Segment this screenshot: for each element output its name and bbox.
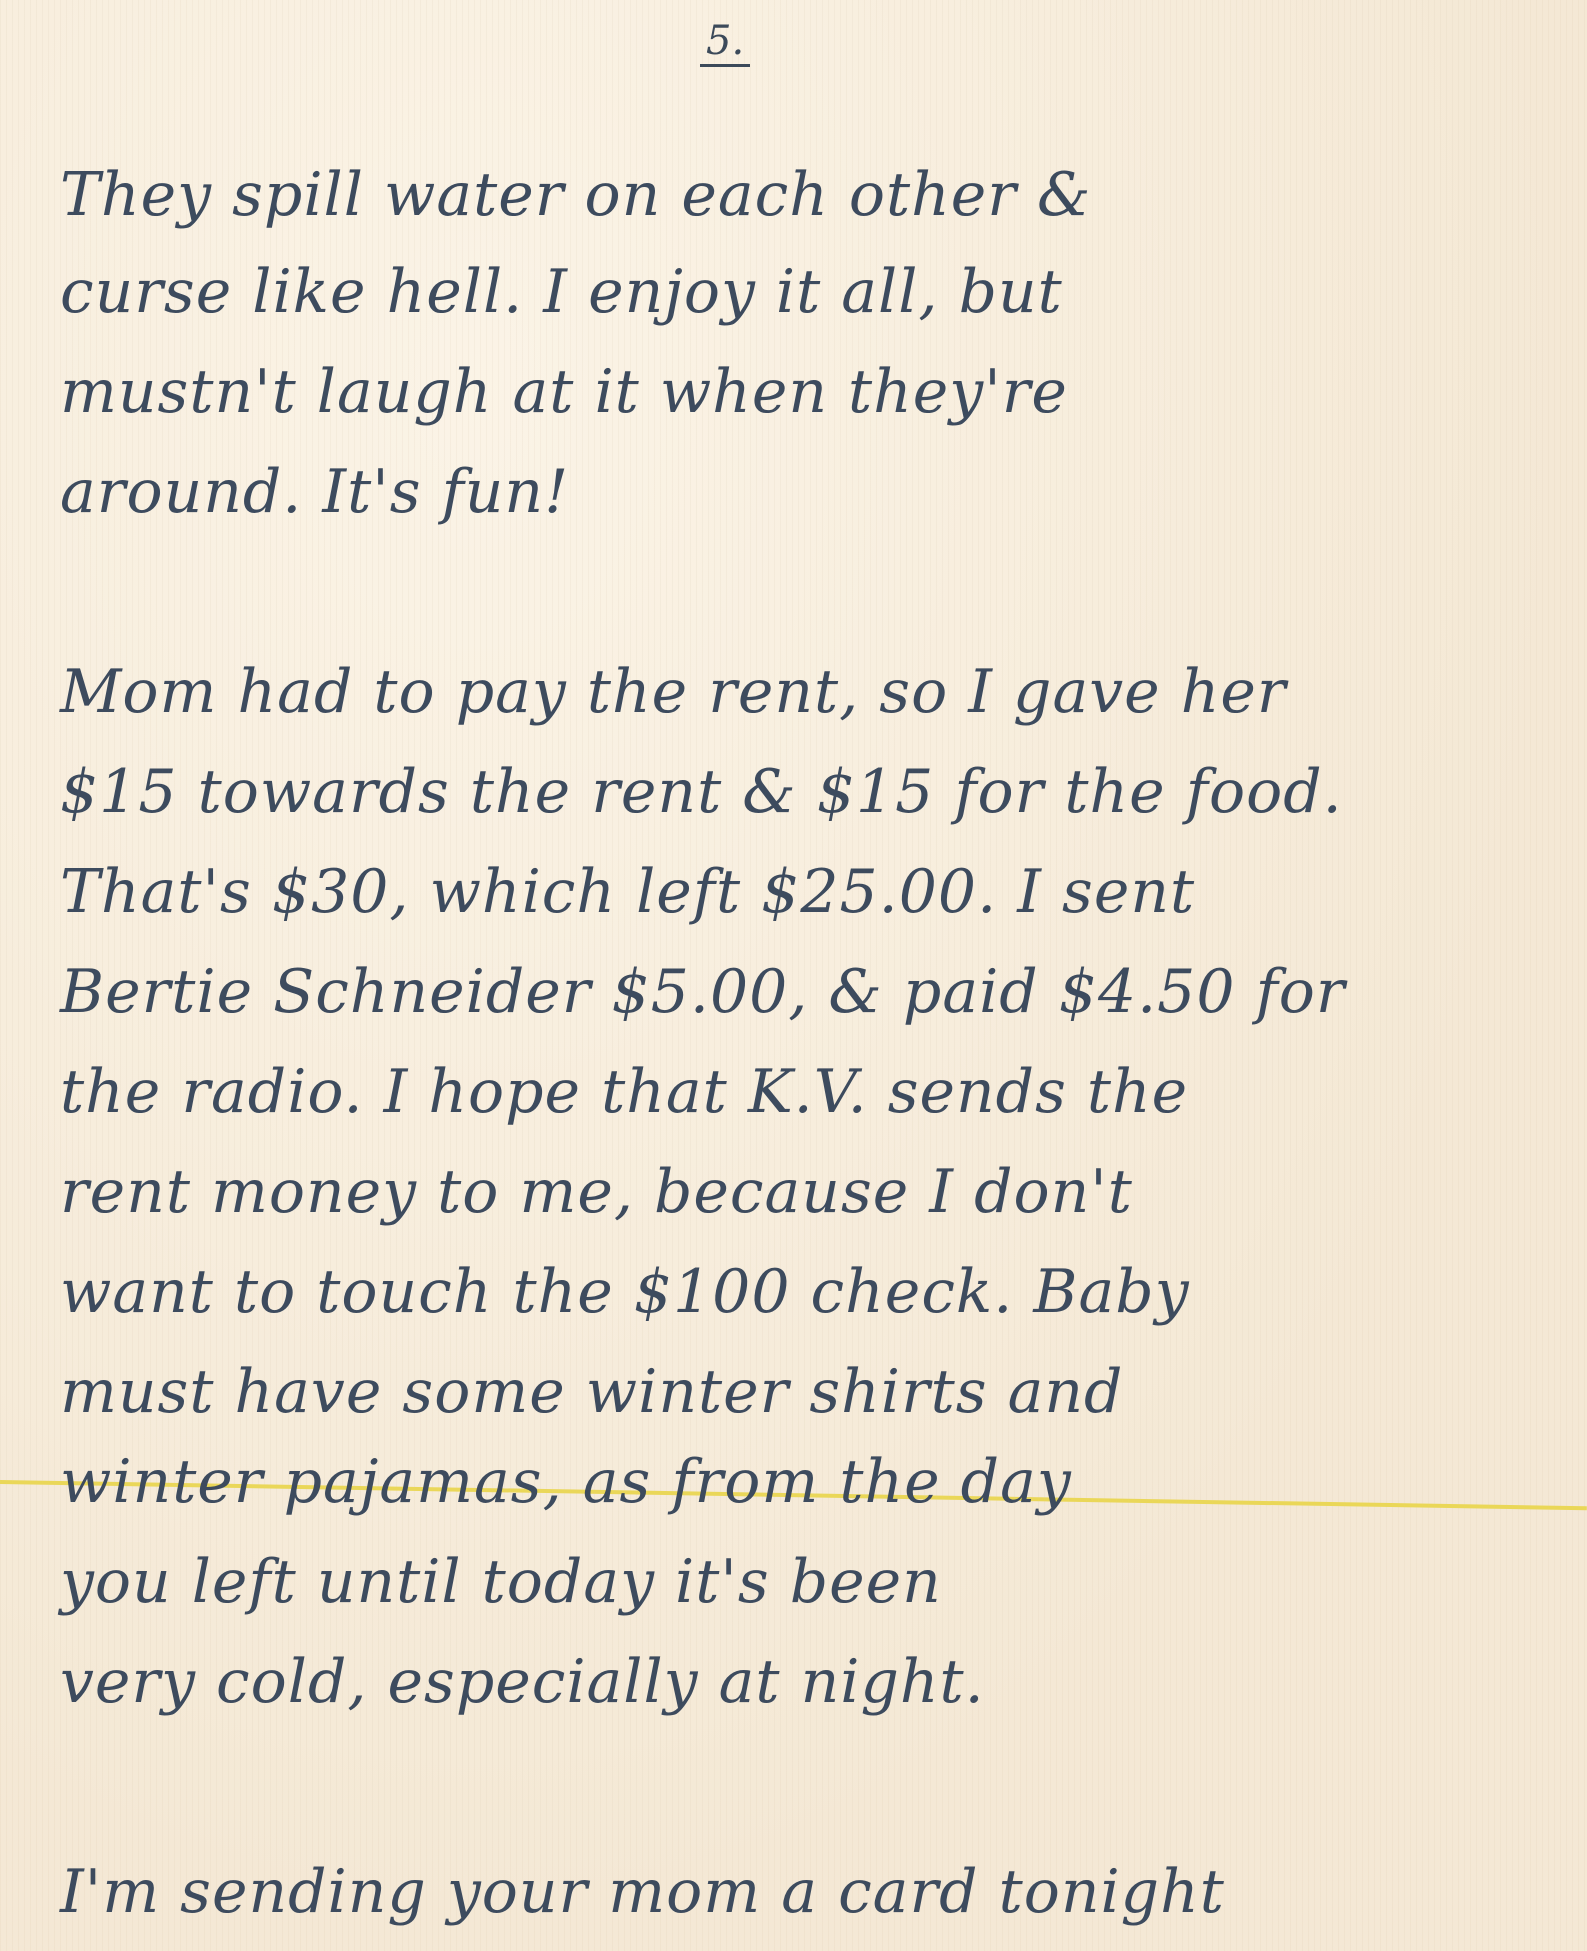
text-line: around. It's fun! bbox=[60, 462, 569, 522]
text-line: mustn't laugh at it when they're bbox=[60, 362, 1068, 422]
text-line: curse like hell. I enjoy it all, but bbox=[60, 262, 1063, 322]
text-line: Mom had to pay the rent, so I gave her bbox=[60, 662, 1287, 722]
text-line: That's $30, which left $25.00. I sent bbox=[60, 862, 1195, 922]
page-number: 5. bbox=[700, 18, 750, 67]
text-line: rent money to me, because I don't bbox=[60, 1162, 1133, 1222]
text-line: They spill water on each other & bbox=[60, 165, 1091, 225]
text-line: $15 towards the rent & $15 for the food. bbox=[60, 762, 1343, 822]
text-line: want to touch the $100 check. Baby bbox=[60, 1262, 1190, 1322]
text-line: very cold, especially at night. bbox=[60, 1652, 985, 1712]
letter-page: 5. They spill water on each other & curs… bbox=[0, 0, 1587, 1951]
text-line: the radio. I hope that K.V. sends the bbox=[60, 1062, 1188, 1122]
text-line: must have some winter shirts and bbox=[60, 1362, 1123, 1422]
text-line: I'm sending your mom a card tonight bbox=[60, 1862, 1225, 1922]
text-line: Bertie Schneider $5.00, & paid $4.50 for bbox=[60, 962, 1346, 1022]
text-line: you left until today it's been bbox=[60, 1552, 942, 1612]
text-line: winter pajamas, as from the day bbox=[60, 1452, 1072, 1512]
